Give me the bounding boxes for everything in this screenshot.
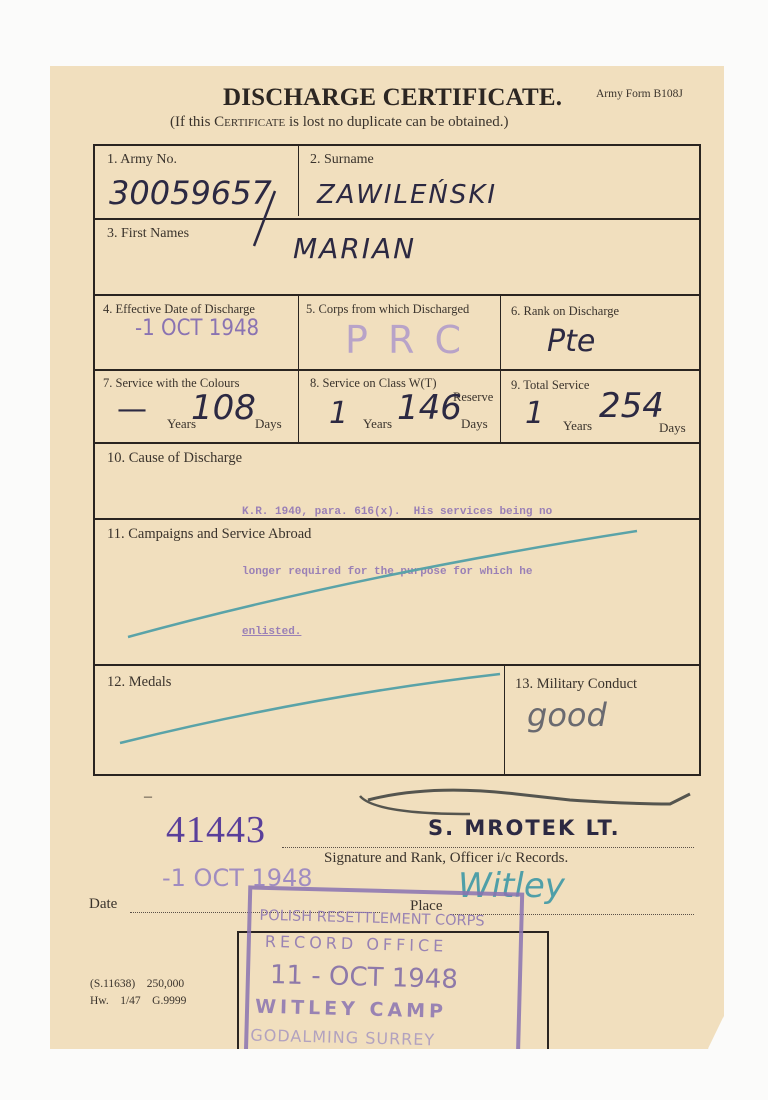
- days-label: Days: [461, 416, 488, 432]
- first-names-label: 3. First Names: [107, 226, 189, 242]
- medals-label: 12. Medals: [107, 674, 171, 691]
- subtitle-text: (If this: [170, 114, 214, 130]
- army-no-label: 1. Army No.: [107, 152, 177, 168]
- total-service-days[interactable]: 254: [599, 386, 664, 426]
- officer-signature-icon: [368, 790, 690, 804]
- subtitle-certificate: Certificate: [214, 114, 285, 130]
- subtitle-text-end: is lost no duplicate can be obtained.): [285, 114, 508, 130]
- divider: [504, 666, 505, 774]
- discharge-date-label: 4. Effective Date of Discharge: [103, 302, 255, 317]
- rule: [95, 294, 699, 296]
- rule: [95, 218, 699, 220]
- cause-text: K.R. 1940, para. 616(x). His services be…: [242, 462, 552, 682]
- service-colours-years[interactable]: —: [117, 392, 147, 427]
- stamp-line: POLISH RESETTLEMENT CORPS: [259, 908, 484, 930]
- discharge-certificate-paper: DISCHARGE CERTIFICATE. Army Form B108J (…: [50, 66, 724, 1049]
- service-reserve-years[interactable]: 1: [329, 396, 348, 431]
- rule: [95, 774, 699, 776]
- rule: [95, 144, 699, 146]
- cause-label: 10. Cause of Discharge: [107, 450, 242, 467]
- print-info-line: Hw. 1/47 G.9999: [90, 993, 186, 1010]
- years-label: Years: [563, 418, 592, 434]
- signature-caption: Signature and Rank, Officer i/c Records.: [324, 850, 568, 867]
- officer-name[interactable]: S. MROTEK LT.: [428, 816, 621, 840]
- document-title: DISCHARGE CERTIFICATE.: [223, 84, 562, 112]
- discharge-date-stamp: -1 OCT 1948: [135, 316, 259, 341]
- rule: [95, 442, 699, 444]
- record-office-stamp: POLISH RESETTLEMENT CORPS RECORD OFFICE …: [244, 885, 524, 1065]
- form-number: Army Form B108J: [596, 88, 683, 100]
- rank-value[interactable]: Pte: [547, 324, 595, 359]
- total-service-years[interactable]: 1: [525, 396, 544, 431]
- stamp-line: RECORD OFFICE: [265, 932, 448, 956]
- officer-signature-icon: [360, 796, 470, 814]
- print-info: (S.11638) 250,000Hw. 1/47 G.9999: [90, 976, 186, 1010]
- rank-label: 6. Rank on Discharge: [511, 304, 619, 319]
- days-label: Days: [255, 416, 282, 432]
- dash-mark: –: [144, 788, 152, 806]
- corps-stamp: P R C: [345, 318, 465, 362]
- form-grid: 1. Army No. 30059657 2. Surname ZAWILEŃS…: [93, 144, 701, 776]
- divider: [298, 146, 299, 216]
- divider: [298, 295, 299, 442]
- stamp-date: 11 - OCT 1948: [270, 960, 459, 995]
- document-subtitle: (If this Certificate is lost no duplicat…: [170, 114, 509, 131]
- first-names-value[interactable]: MARIAN: [293, 232, 416, 265]
- military-conduct-label: 13. Military Conduct: [515, 676, 637, 693]
- military-conduct-value[interactable]: good: [527, 696, 607, 734]
- surname-label: 2. Surname: [310, 152, 374, 168]
- print-info-line: (S.11638) 250,000: [90, 976, 186, 993]
- cause-line: longer required for the purpose for whic…: [242, 562, 552, 582]
- rule: [95, 369, 699, 371]
- surname-value[interactable]: ZAWILEŃSKI: [317, 180, 497, 210]
- cause-line: K.R. 1940, para. 616(x). His services be…: [242, 502, 552, 522]
- cause-line: enlisted.: [242, 622, 552, 642]
- service-colours-days[interactable]: 108: [191, 388, 256, 428]
- army-no-value[interactable]: 30059657: [109, 174, 272, 212]
- years-label: Years: [363, 416, 392, 432]
- serial-number-stamp: 41443: [166, 808, 266, 852]
- total-service-label: 9. Total Service: [511, 378, 589, 393]
- campaigns-label: 11. Campaigns and Service Abroad: [107, 526, 311, 543]
- divider: [500, 295, 501, 442]
- corps-label: 5. Corps from which Discharged: [306, 302, 469, 317]
- days-label: Days: [659, 420, 686, 436]
- service-reserve-days[interactable]: 146: [397, 388, 462, 428]
- stamp-line: WITLEY CAMP: [255, 996, 447, 1023]
- stamp-line: GODALMING SURREY: [250, 1026, 435, 1050]
- date-label: Date: [89, 896, 117, 913]
- signature-line: [282, 847, 694, 848]
